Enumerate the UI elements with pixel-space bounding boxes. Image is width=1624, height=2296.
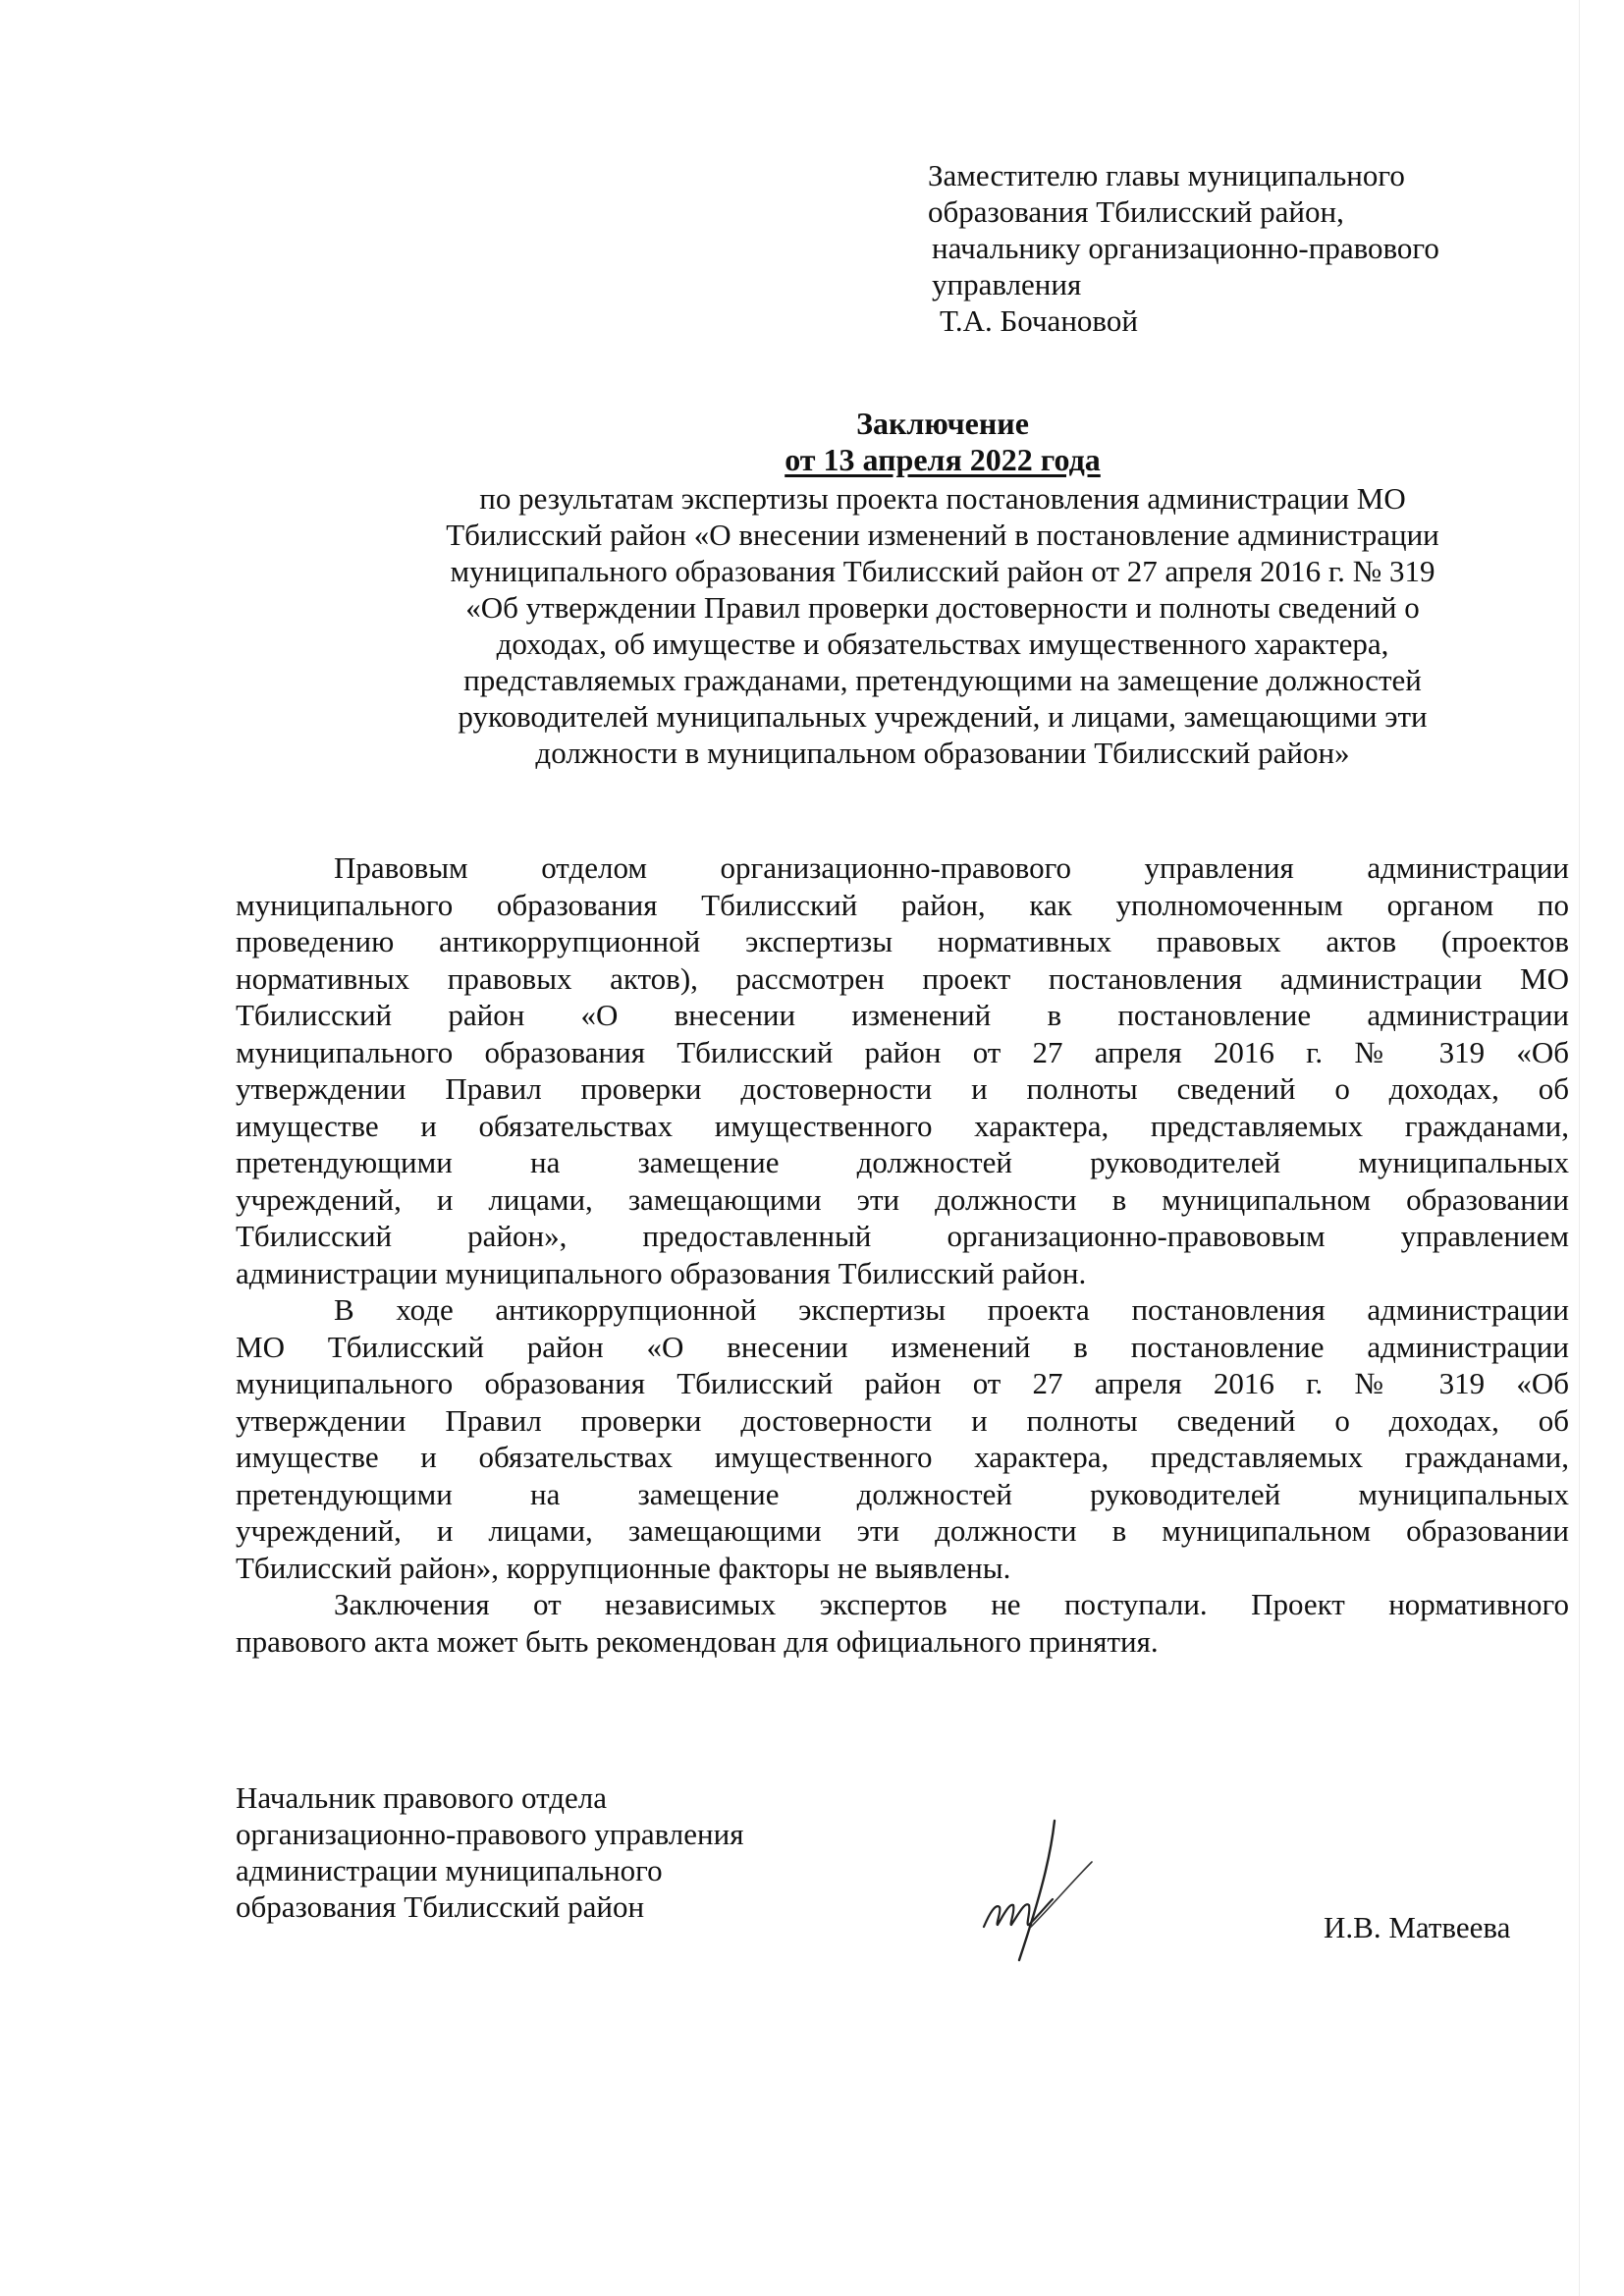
- position-line: администрации муниципального: [236, 1852, 743, 1888]
- subject-line: Тбилисский район «О внесении изменений в…: [314, 517, 1571, 553]
- body-line: муниципального образования Тбилисский ра…: [236, 887, 1569, 924]
- addressee-block: Заместителю главы муниципального образов…: [928, 157, 1439, 339]
- signatory-position: Начальник правового отдела организационн…: [236, 1779, 743, 1925]
- addressee-line: начальнику организационно-правового: [928, 230, 1439, 266]
- body-line: Тбилисский район «О внесении изменений в…: [236, 997, 1569, 1034]
- document-page: Заместителю главы муниципального образов…: [0, 0, 1624, 2296]
- body-line: муниципального образования Тбилисский ра…: [236, 1365, 1569, 1402]
- body-line: Заключения от независимых экспертов не п…: [236, 1586, 1569, 1623]
- subject-line: представляемых гражданами, претендующими…: [314, 662, 1571, 698]
- subject-line: муниципального образования Тбилисский ра…: [314, 553, 1571, 589]
- subject-line: доходах, об имуществе и обязательствах и…: [314, 626, 1571, 662]
- position-line: Начальник правового отдела: [236, 1779, 743, 1816]
- body-line: претендующими на замещение должностей ру…: [236, 1144, 1569, 1181]
- document-subject: по результатам экспертизы проекта постан…: [314, 480, 1571, 771]
- body-line: МО Тбилисский район «О внесении изменени…: [236, 1329, 1569, 1366]
- subject-line: по результатам экспертизы проекта постан…: [314, 480, 1571, 517]
- body-line: Тбилисский район», коррупционные факторы…: [236, 1550, 1569, 1587]
- body-line: претендующими на замещение должностей ру…: [236, 1476, 1569, 1513]
- paragraph-review: Правовым отделом организационно-правовог…: [236, 849, 1569, 1291]
- signatory-name: И.В. Матвеева: [1324, 1909, 1510, 1945]
- document-header: Заключение от 13 апреля 2022 года по рез…: [314, 406, 1571, 771]
- position-line: организационно-правового управления: [236, 1816, 743, 1852]
- position-line: образования Тбилисский район: [236, 1888, 743, 1925]
- body-line: проведению антикоррупционной экспертизы …: [236, 923, 1569, 960]
- subject-line: «Об утверждении Правил проверки достовер…: [314, 589, 1571, 626]
- body-line: имуществе и обязательствах имущественног…: [236, 1439, 1569, 1476]
- body-line: В ходе антикоррупционной экспертизы прое…: [236, 1291, 1569, 1329]
- document-title: Заключение: [314, 406, 1571, 442]
- addressee-name: Т.А. Бочановой: [928, 302, 1439, 339]
- addressee-line: образования Тбилисский район,: [928, 193, 1439, 230]
- handwritten-signature-icon: [982, 1817, 1139, 1964]
- paragraph-recommendation: Заключения от независимых экспертов не п…: [236, 1586, 1569, 1660]
- addressee-line: Заместителю главы муниципального: [928, 157, 1439, 193]
- body-line: Тбилисский район», предоставленный орган…: [236, 1218, 1569, 1255]
- subject-line: руководителей муниципальных учреждений, …: [314, 698, 1571, 735]
- body-line: имуществе и обязательствах имущественног…: [236, 1108, 1569, 1145]
- body-line: учреждений, и лицами, замещающими эти до…: [236, 1181, 1569, 1219]
- body-line: Правовым отделом организационно-правовог…: [236, 849, 1569, 887]
- body-line: утверждении Правил проверки достоверност…: [236, 1070, 1569, 1108]
- subject-line: должности в муниципальном образовании Тб…: [314, 735, 1571, 771]
- body-line: администрации муниципального образования…: [236, 1255, 1569, 1292]
- document-date: от 13 апреля 2022 года: [785, 442, 1101, 477]
- body-line: учреждений, и лицами, замещающими эти до…: [236, 1512, 1569, 1550]
- body-line: утверждении Правил проверки достоверност…: [236, 1402, 1569, 1440]
- body-line: муниципального образования Тбилисский ра…: [236, 1034, 1569, 1071]
- scan-edge-line: [1579, 0, 1580, 2296]
- body-line: нормативных правовых актов), рассмотрен …: [236, 960, 1569, 998]
- document-body: Правовым отделом организационно-правовог…: [236, 849, 1569, 1660]
- paragraph-findings: В ходе антикоррупционной экспертизы прое…: [236, 1291, 1569, 1586]
- addressee-line: управления: [928, 266, 1439, 302]
- body-line: правового акта может быть рекомендован д…: [236, 1623, 1569, 1661]
